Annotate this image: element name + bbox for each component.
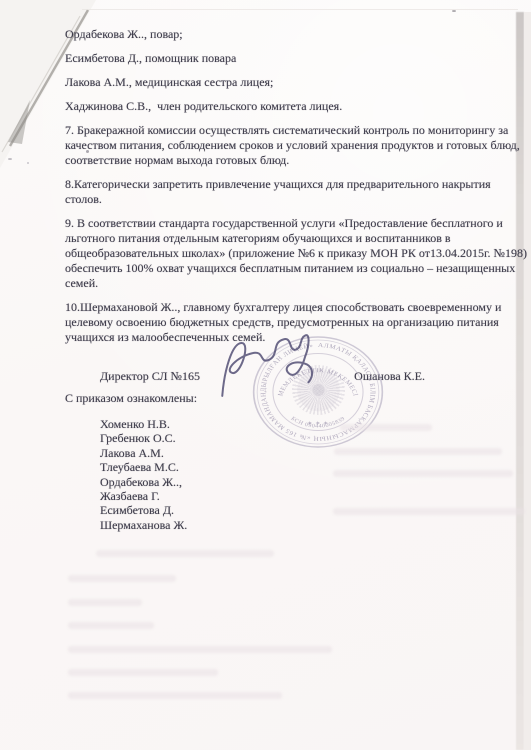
paragraph-8: 8.Категорически запретить привлечение уч…	[65, 177, 520, 207]
director-title: Директор СЛ №165	[100, 369, 200, 384]
paragraph-line: целевому освоению бюджетных средств, пре…	[65, 315, 520, 330]
director-name: Ошанова К.Е.	[354, 369, 425, 384]
bleedthrough-line	[68, 599, 142, 606]
paragraph-10: 10.Шермахановой Ж.., главному бухгалтеру…	[65, 300, 520, 345]
bleedthrough-line	[334, 448, 502, 455]
member-item: Ордабекова Ж.., повар;	[65, 27, 520, 42]
member-item: Лакова А.М., медицинская сестра лицея;	[65, 75, 520, 90]
signature-row: Директор СЛ №165 Ошанова К.Е.	[65, 369, 520, 384]
paragraph-line: 7. Бракеражной комиссии осуществлять сис…	[65, 123, 520, 138]
paragraph-9: 9. В соответствии стандарта государствен…	[65, 216, 520, 291]
bleedthrough-line	[96, 550, 274, 557]
scan-right-margin	[524, 12, 531, 750]
bleedthrough-line	[68, 692, 282, 699]
acknowledgement-label: С приказом ознакомлены:	[65, 391, 520, 406]
scan-speck	[27, 162, 29, 164]
document-body: Ордабекова Ж.., повар; Есимбетова Д., по…	[65, 27, 520, 532]
paragraph-line: столов.	[65, 192, 520, 207]
acknowledged-name: Жазбаева Г.	[100, 489, 520, 503]
member-item: Есимбетова Д., помощник повара	[65, 51, 520, 66]
acknowledged-name: Хоменко Н.В.	[100, 417, 520, 431]
paragraph-line: обеспечить 100% охват учащихся бесплатны…	[65, 261, 520, 276]
paragraph-line: учащихся из малообеспеченных семей.	[65, 330, 520, 345]
paragraph-line: 8.Категорически запретить привлечение уч…	[65, 177, 520, 192]
bleedthrough-line	[68, 622, 154, 629]
paragraph-line: льготного питания отдельным категориям о…	[65, 231, 520, 246]
bleedthrough-line	[333, 470, 513, 477]
bleedthrough-line	[68, 669, 218, 676]
paragraph-line: общеобразовательных школах» (приложение …	[65, 246, 520, 261]
paragraph-line: 10.Шермахановой Ж.., главному бухгалтеру…	[65, 300, 520, 315]
member-item: Хаджинова С.В., член родительского комит…	[65, 99, 520, 114]
paragraph-line: качеством питания, соблюдением сроков и …	[65, 138, 520, 153]
acknowledged-name: Гребенюк О.С.	[100, 431, 520, 445]
scan-top-edge	[82, 9, 518, 10]
commission-members-list: Ордабекова Ж.., повар; Есимбетова Д., по…	[65, 27, 520, 114]
bleedthrough-line	[340, 424, 432, 431]
scan-speck	[8, 158, 12, 160]
scan-speck	[452, 10, 456, 12]
acknowledged-name: Шермаханова Ж.	[100, 518, 520, 532]
paragraph-line: соответствие нормам выхода готовых блюд.	[65, 153, 520, 168]
paragraph-line: семей.	[65, 276, 520, 291]
scanned-document-page: Ордабекова Ж.., повар; Есимбетова Д., по…	[0, 0, 531, 750]
paragraph-line: 9. В соответствии стандарта государствен…	[65, 216, 520, 231]
bleedthrough-line	[333, 508, 525, 515]
bleedthrough-line	[68, 575, 176, 582]
bleedthrough-line	[68, 646, 332, 653]
paragraph-7: 7. Бракеражной комиссии осуществлять сис…	[65, 123, 520, 168]
